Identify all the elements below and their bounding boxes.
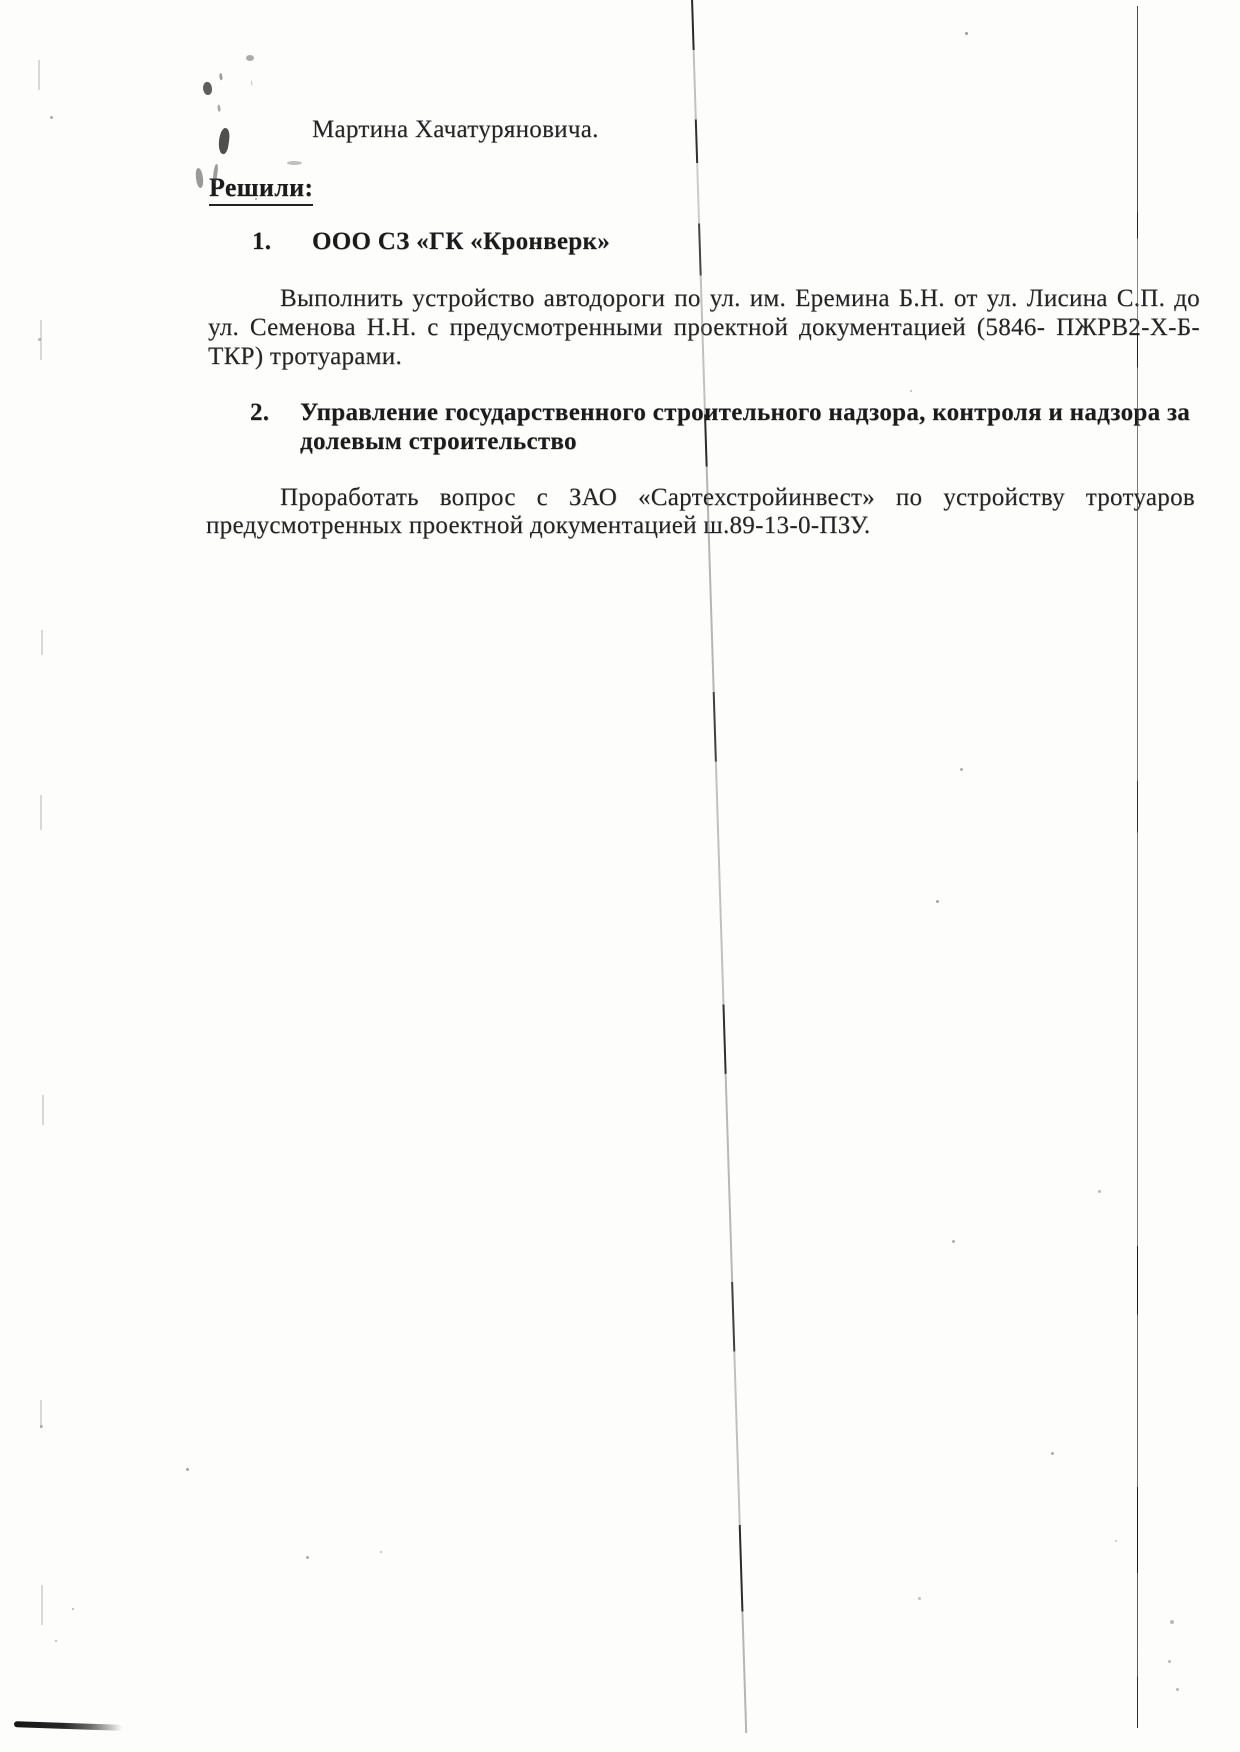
- item-1-body-line-3: ТКР) тротуарами.: [208, 343, 402, 371]
- item-2-body-line-2: предусмотренных проектной документацией …: [206, 512, 870, 540]
- scan-speck: [186, 1468, 189, 1471]
- scan-speck: [72, 1608, 74, 1610]
- item-2-title-line-1: Управление государственного строительног…: [300, 399, 1175, 427]
- scan-speck: [965, 32, 968, 35]
- item-2-number: 2.: [250, 399, 269, 427]
- scan-speck: [50, 116, 53, 119]
- item-1-body-line-1: Выполнить устройство автодороги по ул. и…: [280, 285, 1200, 313]
- resolved-heading: Решили:: [209, 174, 313, 206]
- scan-speck: [1098, 1190, 1101, 1193]
- scan-edge-mark: [40, 320, 42, 360]
- scan-speck: [306, 1556, 309, 1559]
- scan-speck: [255, 198, 257, 200]
- scan-speck: [1176, 1688, 1179, 1691]
- scan-speck: [1051, 1452, 1054, 1455]
- item-2-body-line-1: Проработать вопрос с ЗАО «Сартехстройинв…: [280, 484, 1195, 512]
- scan-speck: [1170, 1620, 1174, 1624]
- scan-edge-mark: [38, 60, 40, 90]
- item-1-title: ООО СЗ «ГК «Кронверк»: [312, 228, 610, 256]
- scan-speck: [918, 1597, 921, 1600]
- item-1-body-line-2: ул. Семенова Н.Н. с предусмотренными про…: [208, 314, 1200, 342]
- scan-edge-mark: [41, 1585, 43, 1625]
- scan-speck: [936, 900, 939, 903]
- fold-crease-line-right: [1137, 6, 1138, 1728]
- resolved-heading-text: Решили:: [209, 174, 313, 206]
- item-1-number: 1.: [252, 228, 271, 256]
- scan-speck: [952, 1240, 955, 1243]
- scan-edge-mark: [42, 1095, 44, 1125]
- scan-speck: [55, 1640, 57, 1642]
- scanned-document-page: Мартина Хачатуряновича. Решили: 1. ООО С…: [0, 0, 1240, 1752]
- scan-speck: [910, 390, 912, 392]
- scan-edge-mark: [41, 630, 43, 655]
- scan-speck: [380, 1551, 382, 1553]
- scan-edge-mark: [40, 795, 42, 830]
- scan-speck: [1115, 1540, 1117, 1542]
- document-text-layer: Мартина Хачатуряновича. Решили: 1. ООО С…: [0, 0, 1240, 1752]
- item-2-title-line-2: долевым строительство: [300, 428, 577, 456]
- ink-smudge: [287, 161, 302, 165]
- ink-smudge: [246, 55, 254, 61]
- scan-speck: [1168, 1660, 1171, 1663]
- scan-speck: [960, 768, 963, 771]
- scan-edge-mark: [40, 1400, 42, 1428]
- addressee-line: Мартина Хачатуряновича.: [312, 116, 599, 144]
